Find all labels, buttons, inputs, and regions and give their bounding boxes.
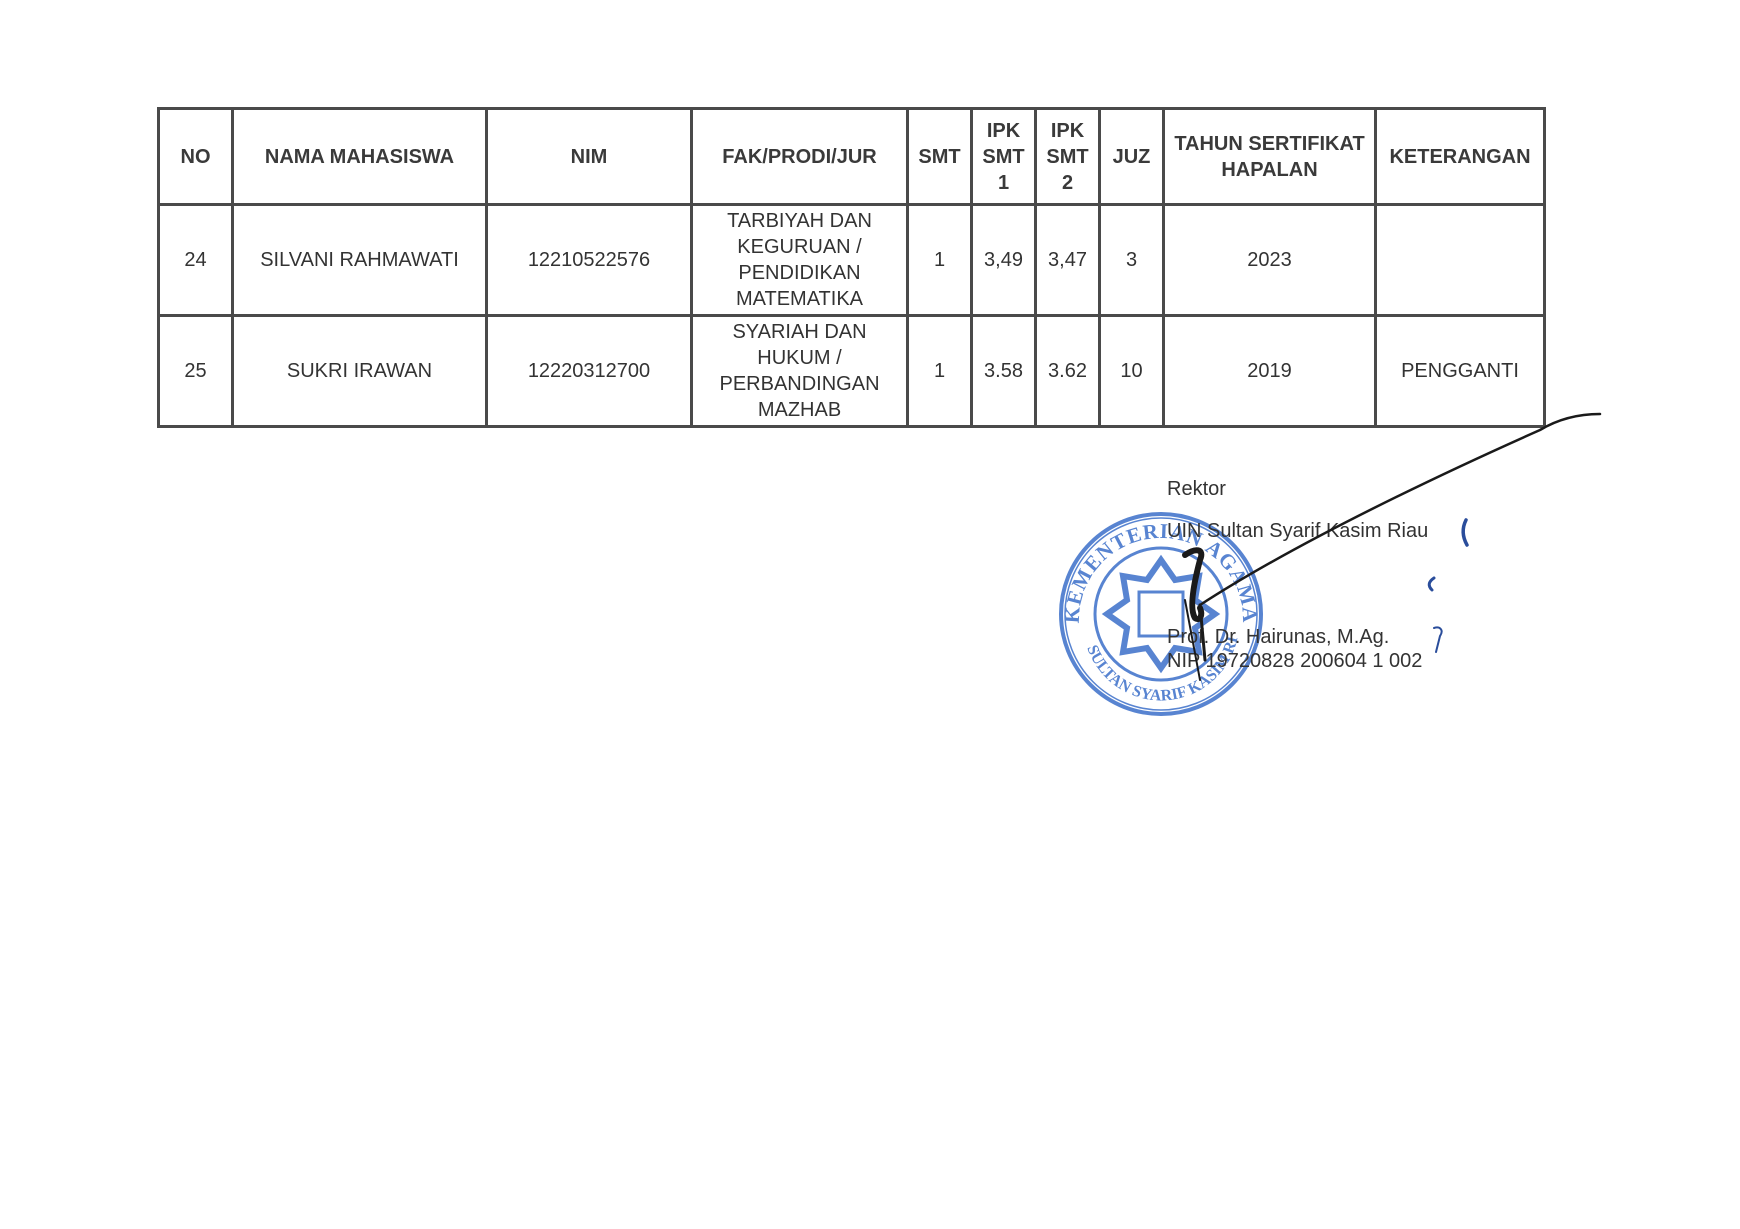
cell-nama: SILVANI RAHMAWATI [233,205,487,316]
signatory-nip: NIP 19720828 200604 1 002 [1167,650,1422,673]
header-ipk-smt-1: IPK SMT 1 [972,109,1036,205]
fak-line: MATEMATIKA [693,286,906,312]
cell-fak: SYARIAH DAN HUKUM / PERBANDINGAN MAZHAB [692,316,908,427]
table-row: 25 SUKRI IRAWAN 12220312700 SYARIAH DAN … [159,316,1545,427]
cell-smt: 1 [908,316,972,427]
fak-line: HUKUM / [693,345,906,371]
header-ipk-smt-2: IPK SMT 2 [1036,109,1100,205]
cell-ipk1: 3.58 [972,316,1036,427]
fak-line: MAZHAB [693,397,906,423]
cell-keterangan: PENGGANTI [1376,316,1545,427]
cell-no: 24 [159,205,233,316]
cell-nim: 12210522576 [487,205,692,316]
fak-line: TARBIYAH DAN [693,208,906,234]
cell-ipk1: 3,49 [972,205,1036,316]
signatory-title: Rektor [1167,478,1226,501]
student-table: NO NAMA MAHASISWA NIM FAK/PRODI/JUR SMT … [157,107,1546,428]
fak-line: KEGURUAN / [693,234,906,260]
cell-nama: SUKRI IRAWAN [233,316,487,427]
cell-tahun: 2019 [1164,316,1376,427]
signatory-name: Prof. Dr. Hairunas, M.Ag. [1167,626,1389,649]
header-ipk1-line: 1 [973,170,1034,196]
fak-line: PENDIDIKAN [693,260,906,286]
header-ipk2-line: SMT [1037,144,1098,170]
cell-ipk2: 3.62 [1036,316,1100,427]
header-tahun-line: HAPALAN [1165,157,1374,183]
cell-ipk2: 3,47 [1036,205,1100,316]
header-ipk2-line: 2 [1037,170,1098,196]
header-keterangan: KETERANGAN [1376,109,1545,205]
cell-no: 25 [159,316,233,427]
cell-smt: 1 [908,205,972,316]
signatory-institution: UIN Sultan Syarif Kasim Riau [1167,520,1428,543]
fak-line: SYARIAH DAN [693,319,906,345]
header-nim: NIM [487,109,692,205]
table-row: 24 SILVANI RAHMAWATI 12210522576 TARBIYA… [159,205,1545,316]
header-smt: SMT [908,109,972,205]
table-header-row: NO NAMA MAHASISWA NIM FAK/PRODI/JUR SMT … [159,109,1545,205]
header-ipk1-line: SMT [973,144,1034,170]
cell-juz: 10 [1100,316,1164,427]
header-no: NO [159,109,233,205]
fak-line: PERBANDINGAN [693,371,906,397]
cell-juz: 3 [1100,205,1164,316]
cell-fak: TARBIYAH DAN KEGURUAN / PENDIDIKAN MATEM… [692,205,908,316]
header-fak: FAK/PRODI/JUR [692,109,908,205]
header-tahun-line: TAHUN SERTIFIKAT [1165,131,1374,157]
cell-nim: 12220312700 [487,316,692,427]
header-tahun: TAHUN SERTIFIKAT HAPALAN [1164,109,1376,205]
header-ipk2-line: IPK [1037,118,1098,144]
header-juz: JUZ [1100,109,1164,205]
cell-tahun: 2023 [1164,205,1376,316]
student-table-container: NO NAMA MAHASISWA NIM FAK/PRODI/JUR SMT … [157,107,1546,428]
cell-keterangan [1376,205,1545,316]
header-nama: NAMA MAHASISWA [233,109,487,205]
header-ipk1-line: IPK [973,118,1034,144]
